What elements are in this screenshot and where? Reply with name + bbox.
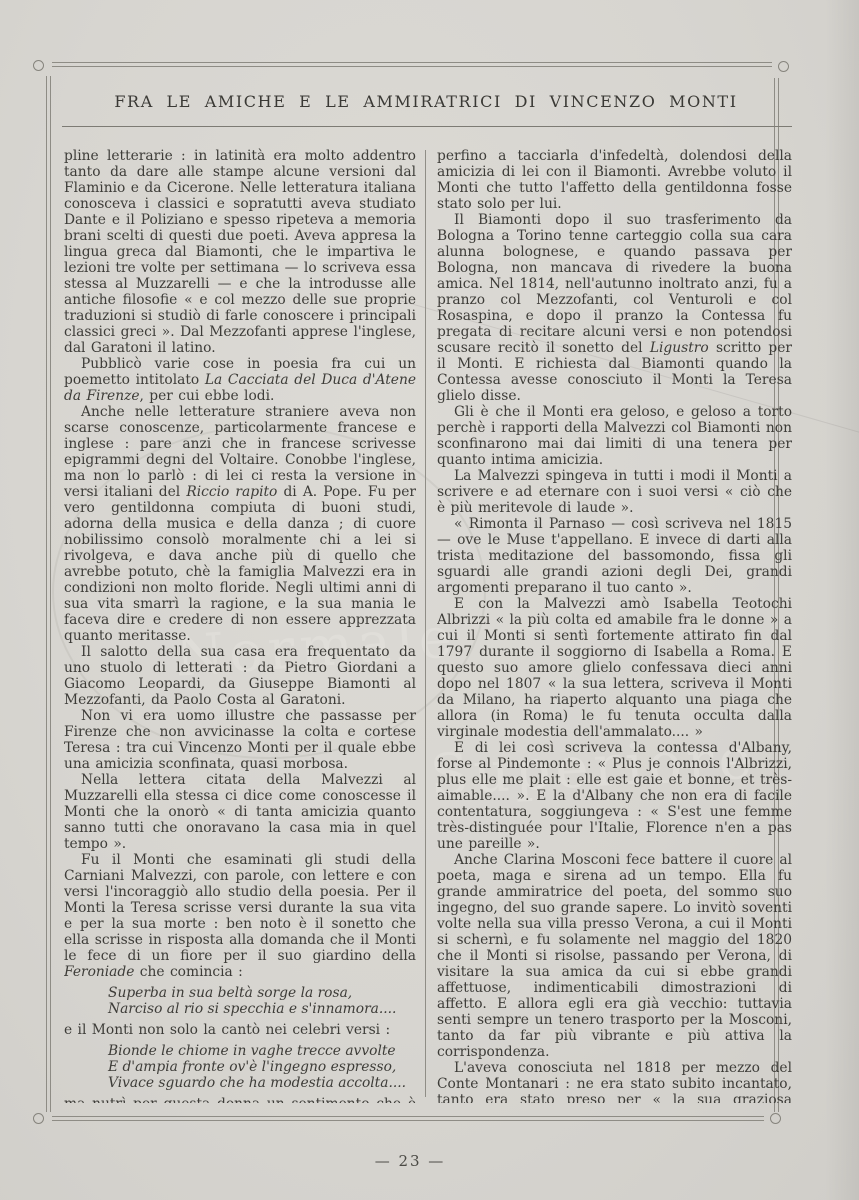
italic-title-text: Feroniade (64, 964, 134, 980)
body-text: Fu il Monti che esaminati gli studi dell… (64, 852, 416, 964)
column-divider (425, 150, 426, 1097)
verse-line: Vivace sguardo che ha modestia accolta..… (108, 1075, 416, 1091)
paragraph: Non vi era uomo illustre che passasse pe… (64, 708, 416, 772)
body-text: Gli è che il Monti era geloso, e geloso … (437, 404, 792, 468)
paragraph: ma nutrì per questa donna un sentimento … (64, 1096, 416, 1103)
body-text: di A. Pope. Fu per vero gentildonna comp… (64, 484, 416, 644)
paragraph: Il Biamonti dopo il suo trasferimento da… (437, 212, 792, 404)
border-corner-circle (33, 60, 44, 71)
paragraph: La Malvezzi spingeva in tutti i modi il … (437, 468, 792, 516)
column-right: perfino a tacciarla d'infedeltà, dolendo… (437, 148, 792, 1103)
border-corner-circle (778, 61, 789, 72)
body-text: Il salotto della sua casa era frequentat… (64, 644, 416, 708)
paragraph: Il salotto della sua casa era frequentat… (64, 644, 416, 708)
paragraph: Gli è che il Monti era geloso, e geloso … (437, 404, 792, 468)
header-rule (62, 126, 792, 127)
running-header: FRA LE AMICHE E LE AMMIRATRICI DI VINCEN… (60, 92, 792, 111)
border-rule-top (52, 62, 772, 67)
verse-block: Bionde le chiome in vaghe trecce avvolte… (108, 1043, 416, 1091)
body-text: , per cui ebbe lodi. (140, 388, 275, 404)
paragraph: « Rimonta il Parnaso — così scriveva nel… (437, 516, 792, 596)
verse-line: Superba in sua beltà sorge la rosa, (108, 985, 416, 1001)
paragraph: Anche Clarina Mosconi fece battere il cu… (437, 852, 792, 1060)
body-text: e il Monti non solo la cantò nei celebri… (64, 1022, 390, 1038)
body-text: E con la Malvezzi amò Isabella Teotochi … (437, 596, 792, 740)
body-text: pline letterarie : in latinità era molto… (64, 148, 416, 356)
paragraph: E di lei così scriveva la contessa d'Alb… (437, 740, 792, 852)
paragraph: Nella lettera citata della Malvezzi al M… (64, 772, 416, 852)
body-text: « Rimonta il Parnaso — così scriveva nel… (437, 516, 792, 596)
paragraph: Fu il Monti che esaminati gli studi dell… (64, 852, 416, 980)
border-corner-circle (770, 1113, 781, 1124)
body-text: La Malvezzi spingeva in tutti i modi il … (437, 468, 792, 516)
text-body: pline letterarie : in latinità era molto… (64, 148, 792, 1103)
page-number: — 23 — (0, 1152, 820, 1170)
body-text: Non vi era uomo illustre che passasse pe… (64, 708, 416, 772)
verse-line: E d'ampia fronte ov'è l'ingegno espresso… (108, 1059, 416, 1075)
book-page: Normale Superiore FRA LE AMICHE E LE AMM… (0, 0, 859, 1200)
paragraph: e il Monti non solo la cantò nei celebri… (64, 1022, 416, 1038)
paragraph: L'aveva conosciuta nel 1818 per mezzo de… (437, 1060, 792, 1103)
italic-title-text: Ligustro (650, 340, 709, 356)
body-text: Anche Clarina Mosconi fece battere il cu… (437, 852, 792, 1060)
italic-title-text: Riccio rapito (186, 484, 277, 500)
paragraph: E con la Malvezzi amò Isabella Teotochi … (437, 596, 792, 740)
paragraph: perfino a tacciarla d'infedeltà, dolendo… (437, 148, 792, 212)
body-text: Il Biamonti dopo il suo trasferimento da… (437, 212, 792, 356)
border-corner-circle (33, 1113, 44, 1124)
paragraph: Anche nelle letterature straniere aveva … (64, 404, 416, 644)
paragraph: pline letterarie : in latinità era molto… (64, 148, 416, 356)
verse-line: Bionde le chiome in vaghe trecce avvolte (108, 1043, 416, 1059)
body-text: perfino a tacciarla d'infedeltà, dolendo… (437, 148, 792, 212)
column-left: pline letterarie : in latinità era molto… (64, 148, 416, 1103)
verse-block: Superba in sua beltà sorge la rosa,Narci… (108, 985, 416, 1017)
page-edge-shadow (825, 0, 859, 1200)
verse-line: Narciso al rio si specchia e s'innamora.… (108, 1001, 416, 1017)
paragraph: Pubblicò varie cose in poesia fra cui un… (64, 356, 416, 404)
border-rule-bottom (52, 1116, 764, 1121)
body-text: che comincia : (134, 964, 242, 980)
body-text: Nella lettera citata della Malvezzi al M… (64, 772, 416, 852)
body-text: L'aveva conosciuta nel 1818 per mezzo de… (437, 1060, 792, 1103)
body-text: ma nutrì per questa donna un sentimento … (64, 1096, 416, 1103)
body-text: E di lei così scriveva la contessa d'Alb… (437, 740, 792, 852)
border-rule-left (46, 76, 51, 1112)
